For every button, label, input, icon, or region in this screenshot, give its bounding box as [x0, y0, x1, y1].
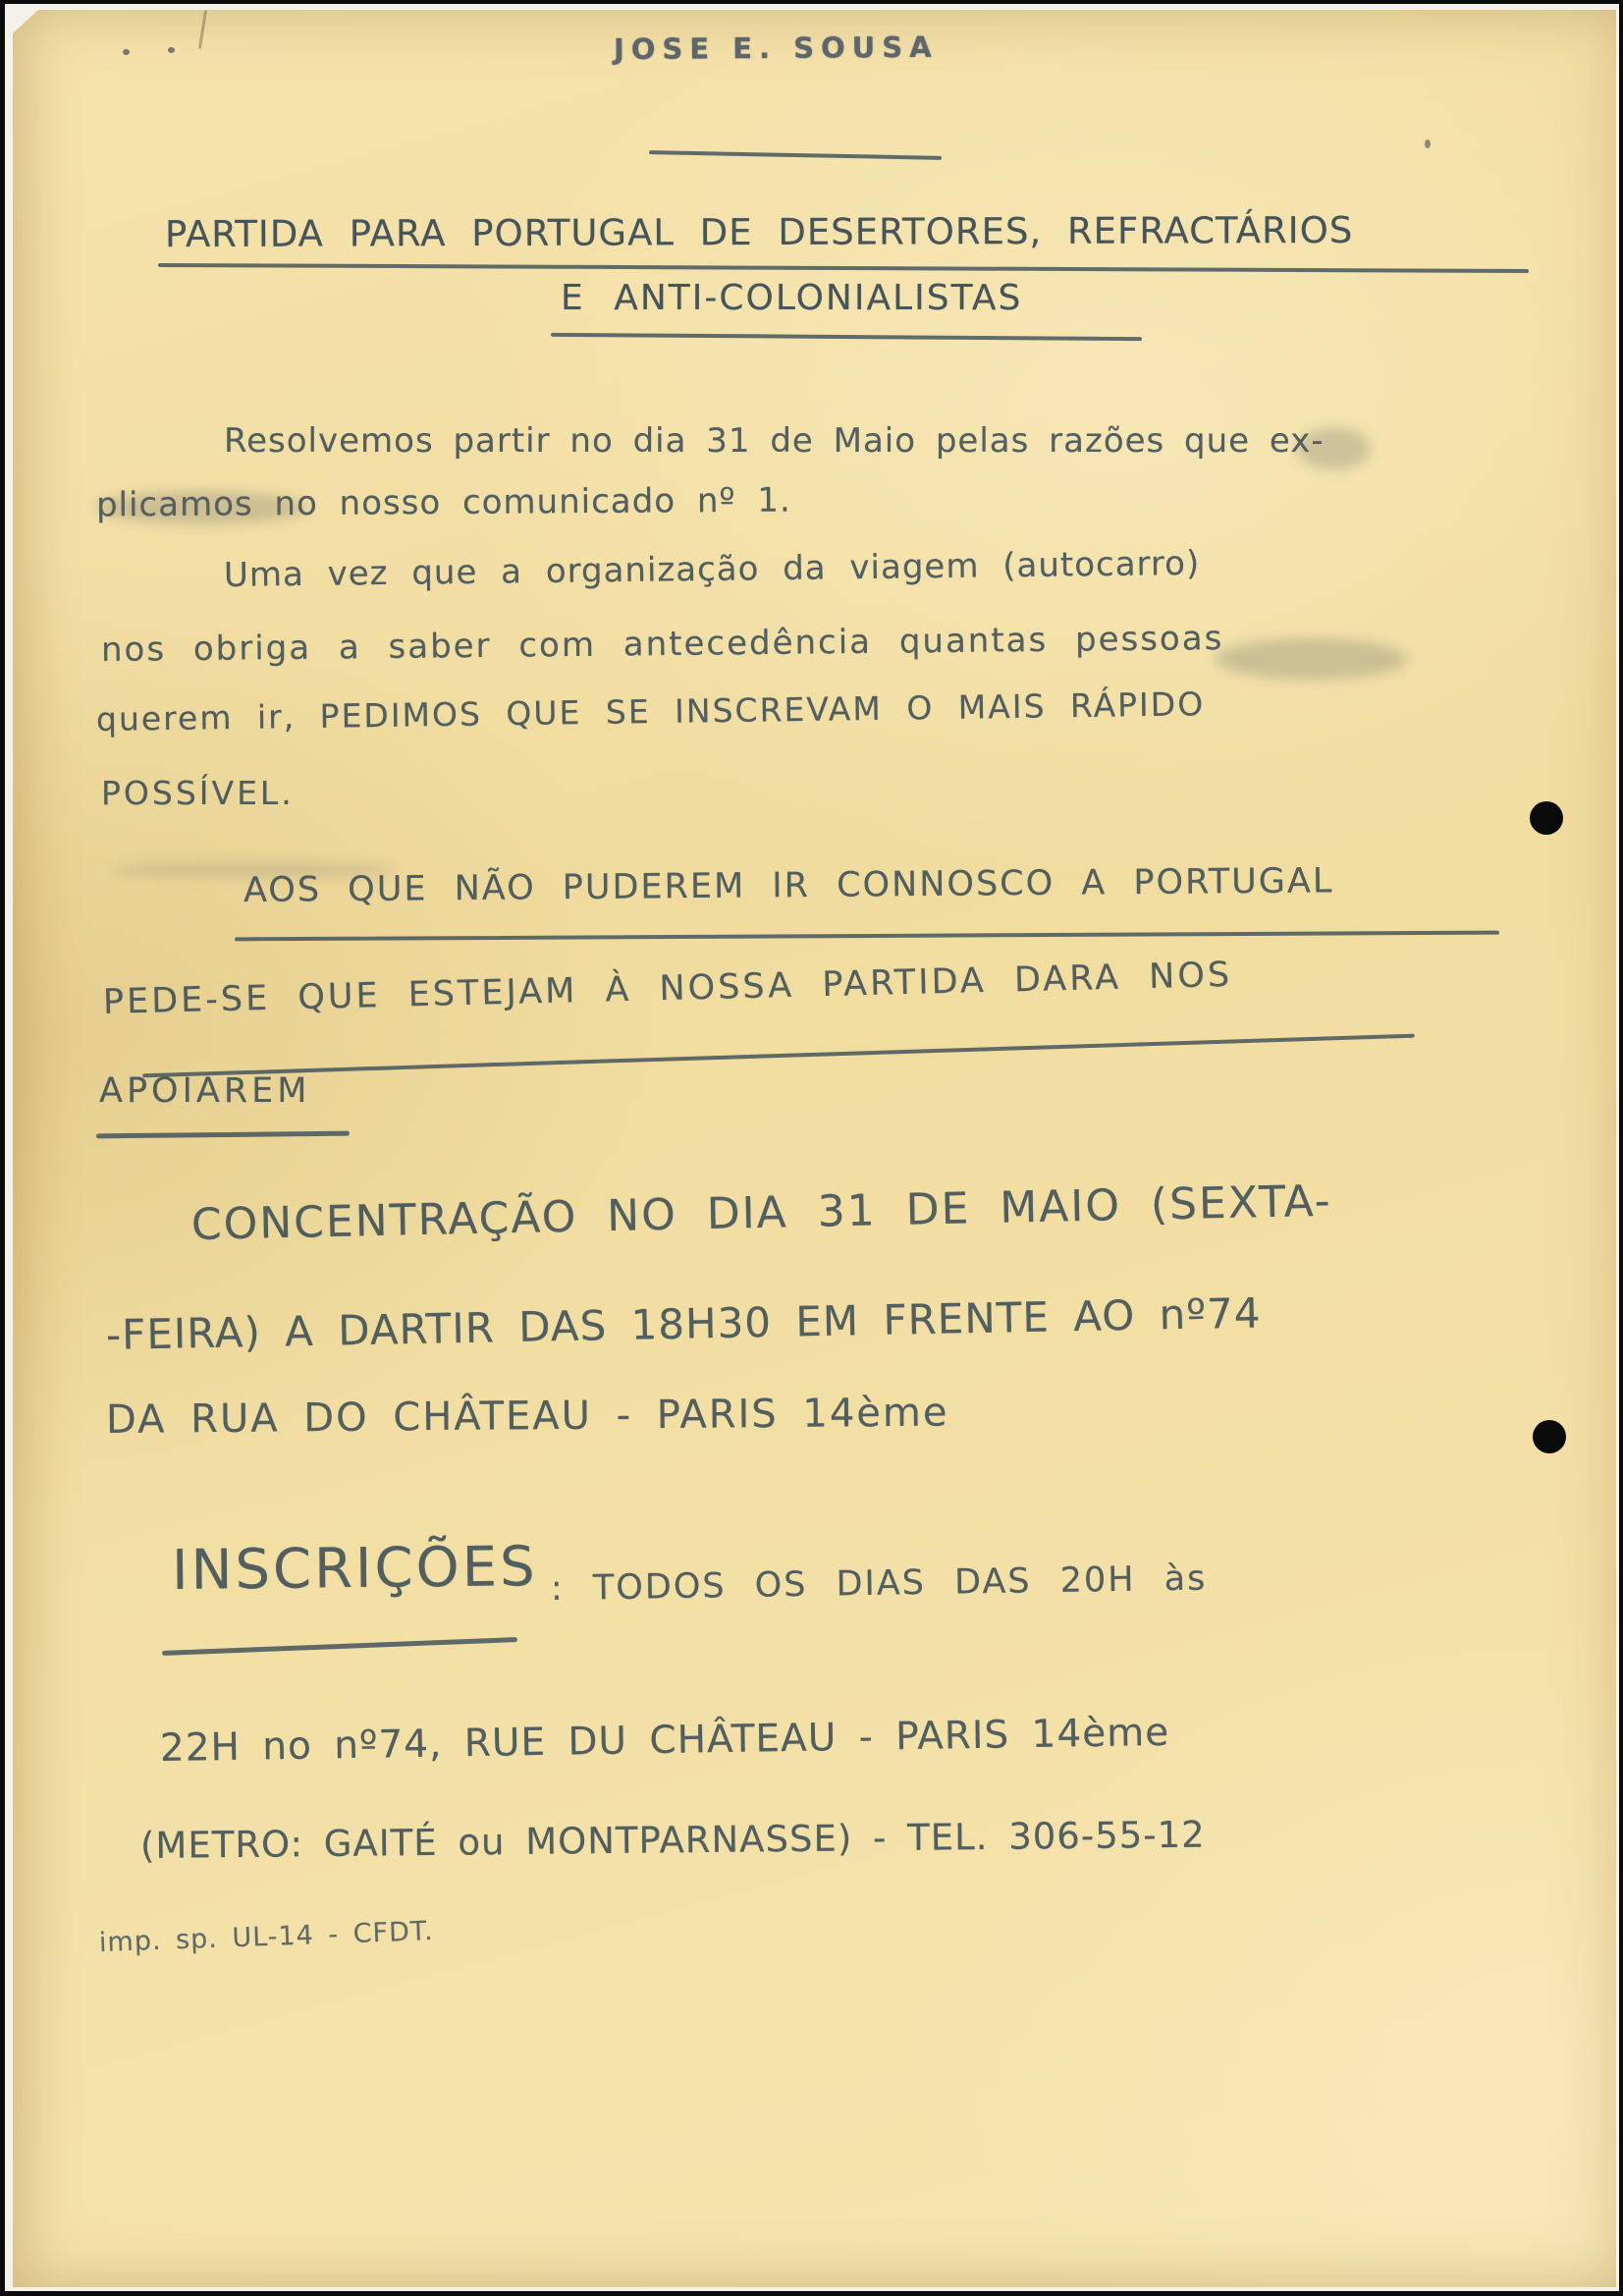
corner-curl	[13, 10, 38, 33]
appeal-line-2: PEDE-SE QUE ESTEJAM À NOSSA PARTIDA DARA…	[103, 956, 1233, 1022]
ink-smudge	[1216, 638, 1407, 680]
paragraph2-line-3: querem ir, PEDIMOS QUE SE INSCREVAM O MA…	[96, 685, 1206, 738]
ink-smudge	[1297, 428, 1371, 469]
ink-dot	[168, 47, 175, 53]
scan-edge	[0, 2291, 1623, 2296]
paper-sheet: JOSE E. SOUSA PARTIDA PARA PORTUGAL DE D…	[13, 10, 1616, 2287]
appeal-underline-3	[96, 1131, 350, 1139]
scan-edge	[0, 0, 5, 2296]
inscriptions-line-2: 22H no nº74, RUE DU CHÂTEAU - PARIS 14èm…	[160, 1712, 1170, 1772]
title-underline-2	[551, 333, 1142, 341]
title-underline-1	[158, 263, 1529, 273]
scan-edge	[1619, 0, 1623, 2296]
ink-dot	[1425, 139, 1431, 148]
appeal-line-1: AOS QUE NÃO PUDEREM IR CONNOSCO A PORTUG…	[243, 861, 1334, 910]
title-line-2: E ANTI-COLONIALISTAS	[561, 278, 1022, 318]
crease-mark	[198, 10, 207, 49]
concentration-line-1: CONCENTRAÇÃO NO DIA 31 DE MAIO (SEXTA-	[190, 1177, 1332, 1251]
ink-smudge	[96, 491, 307, 524]
appeal-underline-2	[142, 1034, 1414, 1078]
owner-stamp-text: JOSE E. SOUSA	[614, 30, 939, 66]
punch-hole-mark	[1533, 1420, 1566, 1453]
scanned-document-page: JOSE E. SOUSA PARTIDA PARA PORTUGAL DE D…	[0, 0, 1623, 2296]
title-line-1: PARTIDA PARA PORTUGAL DE DESERTORES, REF…	[165, 210, 1353, 256]
paragraph2-line-2: nos obriga a saber com antecedência quan…	[101, 620, 1224, 670]
stamp-rule-line	[649, 150, 942, 160]
scan-edge	[0, 0, 1623, 4]
concentration-line-3: DA RUA DO CHÂTEAU - PARIS 14ème	[106, 1391, 949, 1443]
concentration-line-2: -FEIRA) A DARTIR DAS 18H30 EM FRENTE AO …	[106, 1289, 1262, 1359]
paragraph2-line-4: POSSÍVEL.	[101, 775, 295, 812]
appeal-underline-1	[235, 931, 1499, 942]
punch-hole-mark	[1530, 801, 1563, 835]
inscriptions-line-1: : TODOS OS DIAS DAS 20H às	[551, 1559, 1208, 1610]
imprint-line: imp. sp. UL-14 - CFDT.	[98, 1916, 434, 1958]
inscriptions-underline	[162, 1637, 517, 1656]
inscriptions-line-3: (METRO: GAITÉ ou MONTPARNASSE) - TEL. 30…	[140, 1815, 1206, 1868]
paragraph1-line-1: Resolvemos partir no dia 31 de Maio pela…	[224, 422, 1325, 461]
inscriptions-heading: INSCRIÇÕES	[172, 1536, 538, 1603]
appeal-line-3: APOIAREM	[99, 1071, 311, 1111]
paragraph2-line-1: Uma vez que a organização da viagem (aut…	[224, 545, 1201, 595]
ink-dot	[123, 49, 130, 55]
